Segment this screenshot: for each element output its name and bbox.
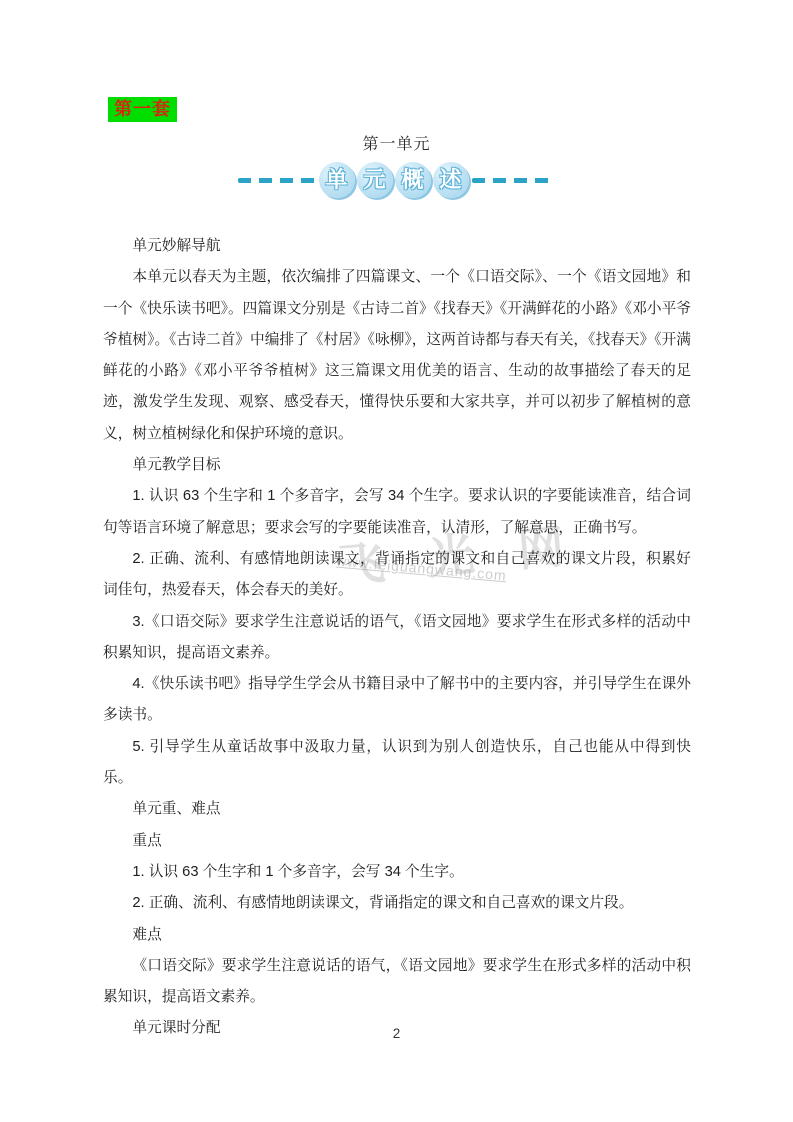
body-paragraph: 2. 正确、流利、有感情地朗读课文，背诵指定的课文和自己喜欢的课文片段，积累好词… <box>103 544 691 607</box>
document-page: 飞光网 www.feiguangwang.com 第一套 第一单元 单元概述 单… <box>0 0 793 1122</box>
body-paragraph: 《口语交际》要求学生注意说话的语气，《语文园地》要求学生在形式多样的活动中积累知… <box>103 951 691 1014</box>
body-paragraph: 4.《快乐读书吧》指导学生学会从书籍目录中了解书中的主要内容，并引导学生在课外多… <box>103 669 691 732</box>
banner-circles: 单元概述 <box>318 162 470 198</box>
body-paragraph: 重点 <box>103 826 691 857</box>
section-banner: 单元概述 <box>0 162 793 198</box>
body-paragraph: 3.《口语交际》要求学生注意说话的语气，《语文园地》要求学生在形式多样的活动中积… <box>103 607 691 670</box>
body-paragraph: 2. 正确、流利、有感情地朗读课文，背诵指定的课文和自己喜欢的课文片段。 <box>103 888 691 919</box>
unit-title: 第一单元 <box>0 131 793 154</box>
banner-circle-char: 元 <box>357 162 393 198</box>
body-paragraph: 单元重、难点 <box>103 794 691 825</box>
body-paragraph: 5. 引导学生从童话故事中汲取力量，认识到为别人创造快乐，自己也能从中得到快乐。 <box>103 732 691 795</box>
dash-line-left <box>238 178 316 183</box>
document-body: 单元妙解导航本单元以春天为主题，依次编排了四篇课文、一个《口语交际》、一个《语文… <box>103 231 691 1045</box>
body-paragraph: 单元教学目标 <box>103 450 691 481</box>
body-paragraph: 本单元以春天为主题，依次编排了四篇课文、一个《口语交际》、一个《语文园地》和一个… <box>103 262 691 450</box>
body-paragraph: 1. 认识 63 个生字和 1 个多音字，会写 34 个生字。要求认识的字要能读… <box>103 481 691 544</box>
banner-circle-char: 概 <box>395 162 431 198</box>
banner-circle-char: 述 <box>433 162 469 198</box>
dash-line-right <box>472 178 556 183</box>
body-paragraph: 单元妙解导航 <box>103 231 691 262</box>
banner-circle-char: 单 <box>319 162 355 198</box>
body-paragraph: 1. 认识 63 个生字和 1 个多音字，会写 34 个生字。 <box>103 857 691 888</box>
page-number: 2 <box>0 1026 793 1041</box>
body-paragraph: 难点 <box>103 920 691 951</box>
set-badge: 第一套 <box>108 97 177 122</box>
